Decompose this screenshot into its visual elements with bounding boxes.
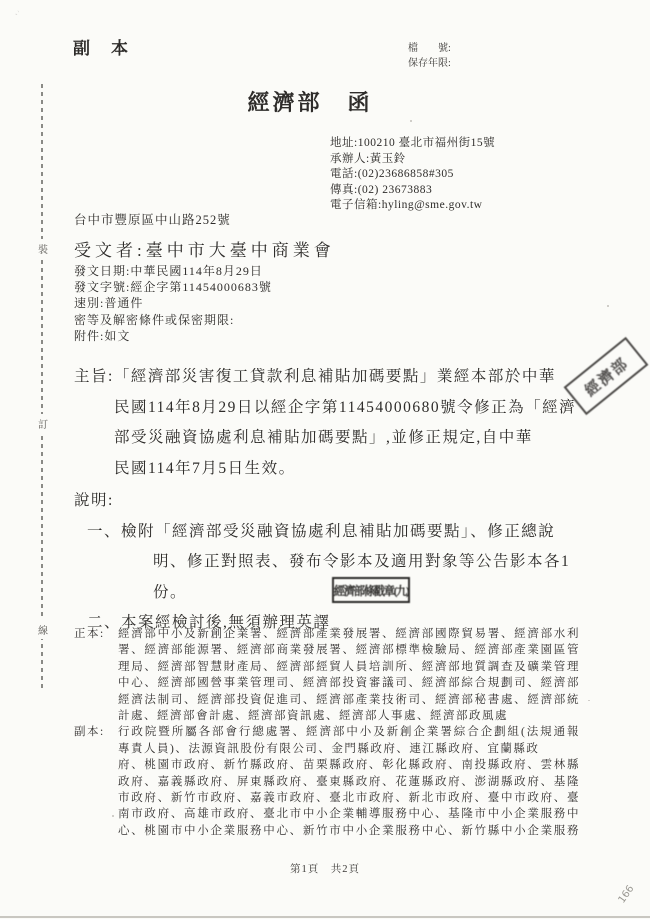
document-title: 經濟部 函: [0, 86, 650, 117]
scanned-letter-page: ˏ˒ 副 本 檔 號: 保存年限: 經濟部 函 地址:100210 臺北市福州街…: [0, 0, 650, 919]
scan-artifact: [588, 700, 590, 701]
subject-line: 民國114年7月5日生效。: [114, 454, 589, 485]
recipient-street: 台中市豐原區中山路252號: [74, 210, 231, 228]
distribution-line: 政府、嘉義縣政府、屏東縣政府、臺東縣政府、花蓮縣政府、澎湖縣政府、基隆: [118, 774, 580, 790]
ministry-corner-stamp: 經濟部: [564, 337, 649, 415]
copy-recipients-label: 副本:: [74, 724, 105, 740]
file-number-label: 檔 號:: [408, 41, 451, 56]
distribution-line: 南市政府、高雄市政府、臺北市中小企業輔導服務中心、基隆市中小企業服務中: [118, 806, 580, 822]
distribution-line: 市政府、新竹市政府、嘉義市政府、臺北市政府、新北市政府、臺中市政府、臺: [118, 790, 580, 806]
scan-artifact: ˏ˒: [13, 5, 20, 15]
subject-line: 「經濟部災害復工貸款利息補貼加碼要點」業經本部於中華: [114, 362, 556, 393]
security-class: 密等及解密條件或保密期限:: [74, 312, 272, 328]
subject-line: 民國114年8月29日以經企字第11454000680號令修正為「經濟: [114, 393, 589, 424]
sender-fax: 傳真:(02) 23673883: [330, 183, 495, 199]
doc-date: 發文日期:中華民國114年8月29日: [74, 263, 272, 279]
distribution-line: 經濟法制司、經濟部投資促進司、經濟部產業技術司、經濟部秘書處、經濟部統: [118, 692, 580, 708]
binding-mark: 線: [37, 620, 49, 639]
pencil-annotation: 166: [617, 884, 637, 906]
distribution-line: 經濟部中小及新創企業署、經濟部產業發展署、經濟部國際貿易署、經濟部水利: [118, 626, 580, 642]
distribution-section: 正本: 經濟部中小及新創企業署、經濟部產業發展署、經濟部國際貿易署、經濟部水利 …: [74, 626, 580, 839]
distribution-line: 府、桃園市政府、新竹縣政府、苗栗縣政府、彰化縣政府、南投縣政府、雲林縣: [118, 757, 580, 773]
distribution-line: 行政院暨所屬各部會行總處署、經濟部中小及新創企業署綜合企劃組(法規通報: [118, 724, 580, 740]
scan-artifact: [410, 120, 412, 122]
copy-recipients: 副本: 行政院暨所屬各部會行總處署、經濟部中小及新創企業署綜合企劃組(法規通報 …: [74, 724, 580, 839]
sender-contact-block: 地址:100210 臺北市福州街15號 承辦人:黃玉鈴 電話:(02)23686…: [330, 136, 495, 214]
sender-phone: 電話:(02)23686858#305: [330, 167, 495, 183]
distribution-line: 專責人員)、法源資訊股份有限公司、金門縣政府、連江縣政府、宜蘭縣政: [118, 741, 580, 757]
explanation-label: 說明:: [74, 486, 594, 517]
sender-handler: 承辦人:黃玉鈴: [330, 152, 495, 168]
scan-artifact: [607, 305, 609, 307]
explanation-section: 說明: 一、檢附「經濟部受災融資協處利息補貼加碼要點」、修正總說 明、修正對照表…: [74, 486, 594, 639]
document-meta-block: 發文日期:中華民國114年8月29日 發文字號:經企字第11454000683號…: [74, 263, 272, 344]
attachment-note: 附件:如文: [74, 328, 272, 344]
retention-label: 保存年限:: [408, 56, 451, 71]
scan-artifact: [112, 815, 114, 817]
ministry-inline-stamp: 經濟部條戳章(九): [332, 577, 410, 603]
subject-line: 部受災融資協處利息補貼加碼要點」,並修正規定,自中華: [114, 423, 589, 454]
doc-number: 發文字號:經企字第11454000683號: [74, 279, 272, 295]
file-number-block: 檔 號: 保存年限:: [408, 41, 451, 71]
sender-email: 電子信箱:hyling@sme.gov.tw: [330, 198, 495, 214]
distribution-line: 計處、經濟部會計處、經濟部資訊處、經濟部人事處、經濟部政風處: [118, 708, 580, 724]
original-recipients: 正本: 經濟部中小及新創企業署、經濟部產業發展署、經濟部國際貿易署、經濟部水利 …: [74, 626, 580, 724]
addressee-line: 受文者:臺中市大臺中商業會: [74, 236, 335, 261]
binding-mark: 裝: [37, 239, 49, 258]
speed-class: 速別:普通件: [74, 295, 272, 311]
binding-margin-line: 裝 訂 線: [41, 84, 43, 692]
distribution-line: 中心、經濟部國營事業管理司、經濟部投資審議司、經濟部綜合規劃司、經濟部: [118, 675, 580, 691]
distribution-line: 署、經濟部能源署、經濟部商業發展署、經濟部標準檢驗局、經濟部產業園區管: [118, 642, 580, 658]
subject-section: 主旨: 「經濟部災害復工貸款利息補貼加碼要點」業經本部於中華 民國114年8月2…: [74, 362, 589, 484]
copy-label: 副 本: [73, 34, 130, 59]
sender-address: 地址:100210 臺北市福州街15號: [330, 136, 495, 152]
distribution-line: 理局、經濟部智慧財產局、經濟部經貿人員培訓所、經濟部地質調查及礦業管理: [118, 659, 580, 675]
scan-edge-shadow: [0, 916, 650, 918]
explanation-item: 一、檢附「經濟部受災融資協處利息補貼加碼要點」、修正總說: [87, 517, 594, 548]
distribution-line: 心、桃園市中小企業服務中心、新竹市中小企業服務中心、新竹縣中小企業服務: [118, 823, 580, 839]
subject-label: 主旨:: [74, 362, 114, 393]
page-number-footer: 第1頁 共2頁: [0, 861, 650, 876]
original-label: 正本:: [74, 626, 105, 642]
binding-mark: 訂: [37, 414, 49, 433]
